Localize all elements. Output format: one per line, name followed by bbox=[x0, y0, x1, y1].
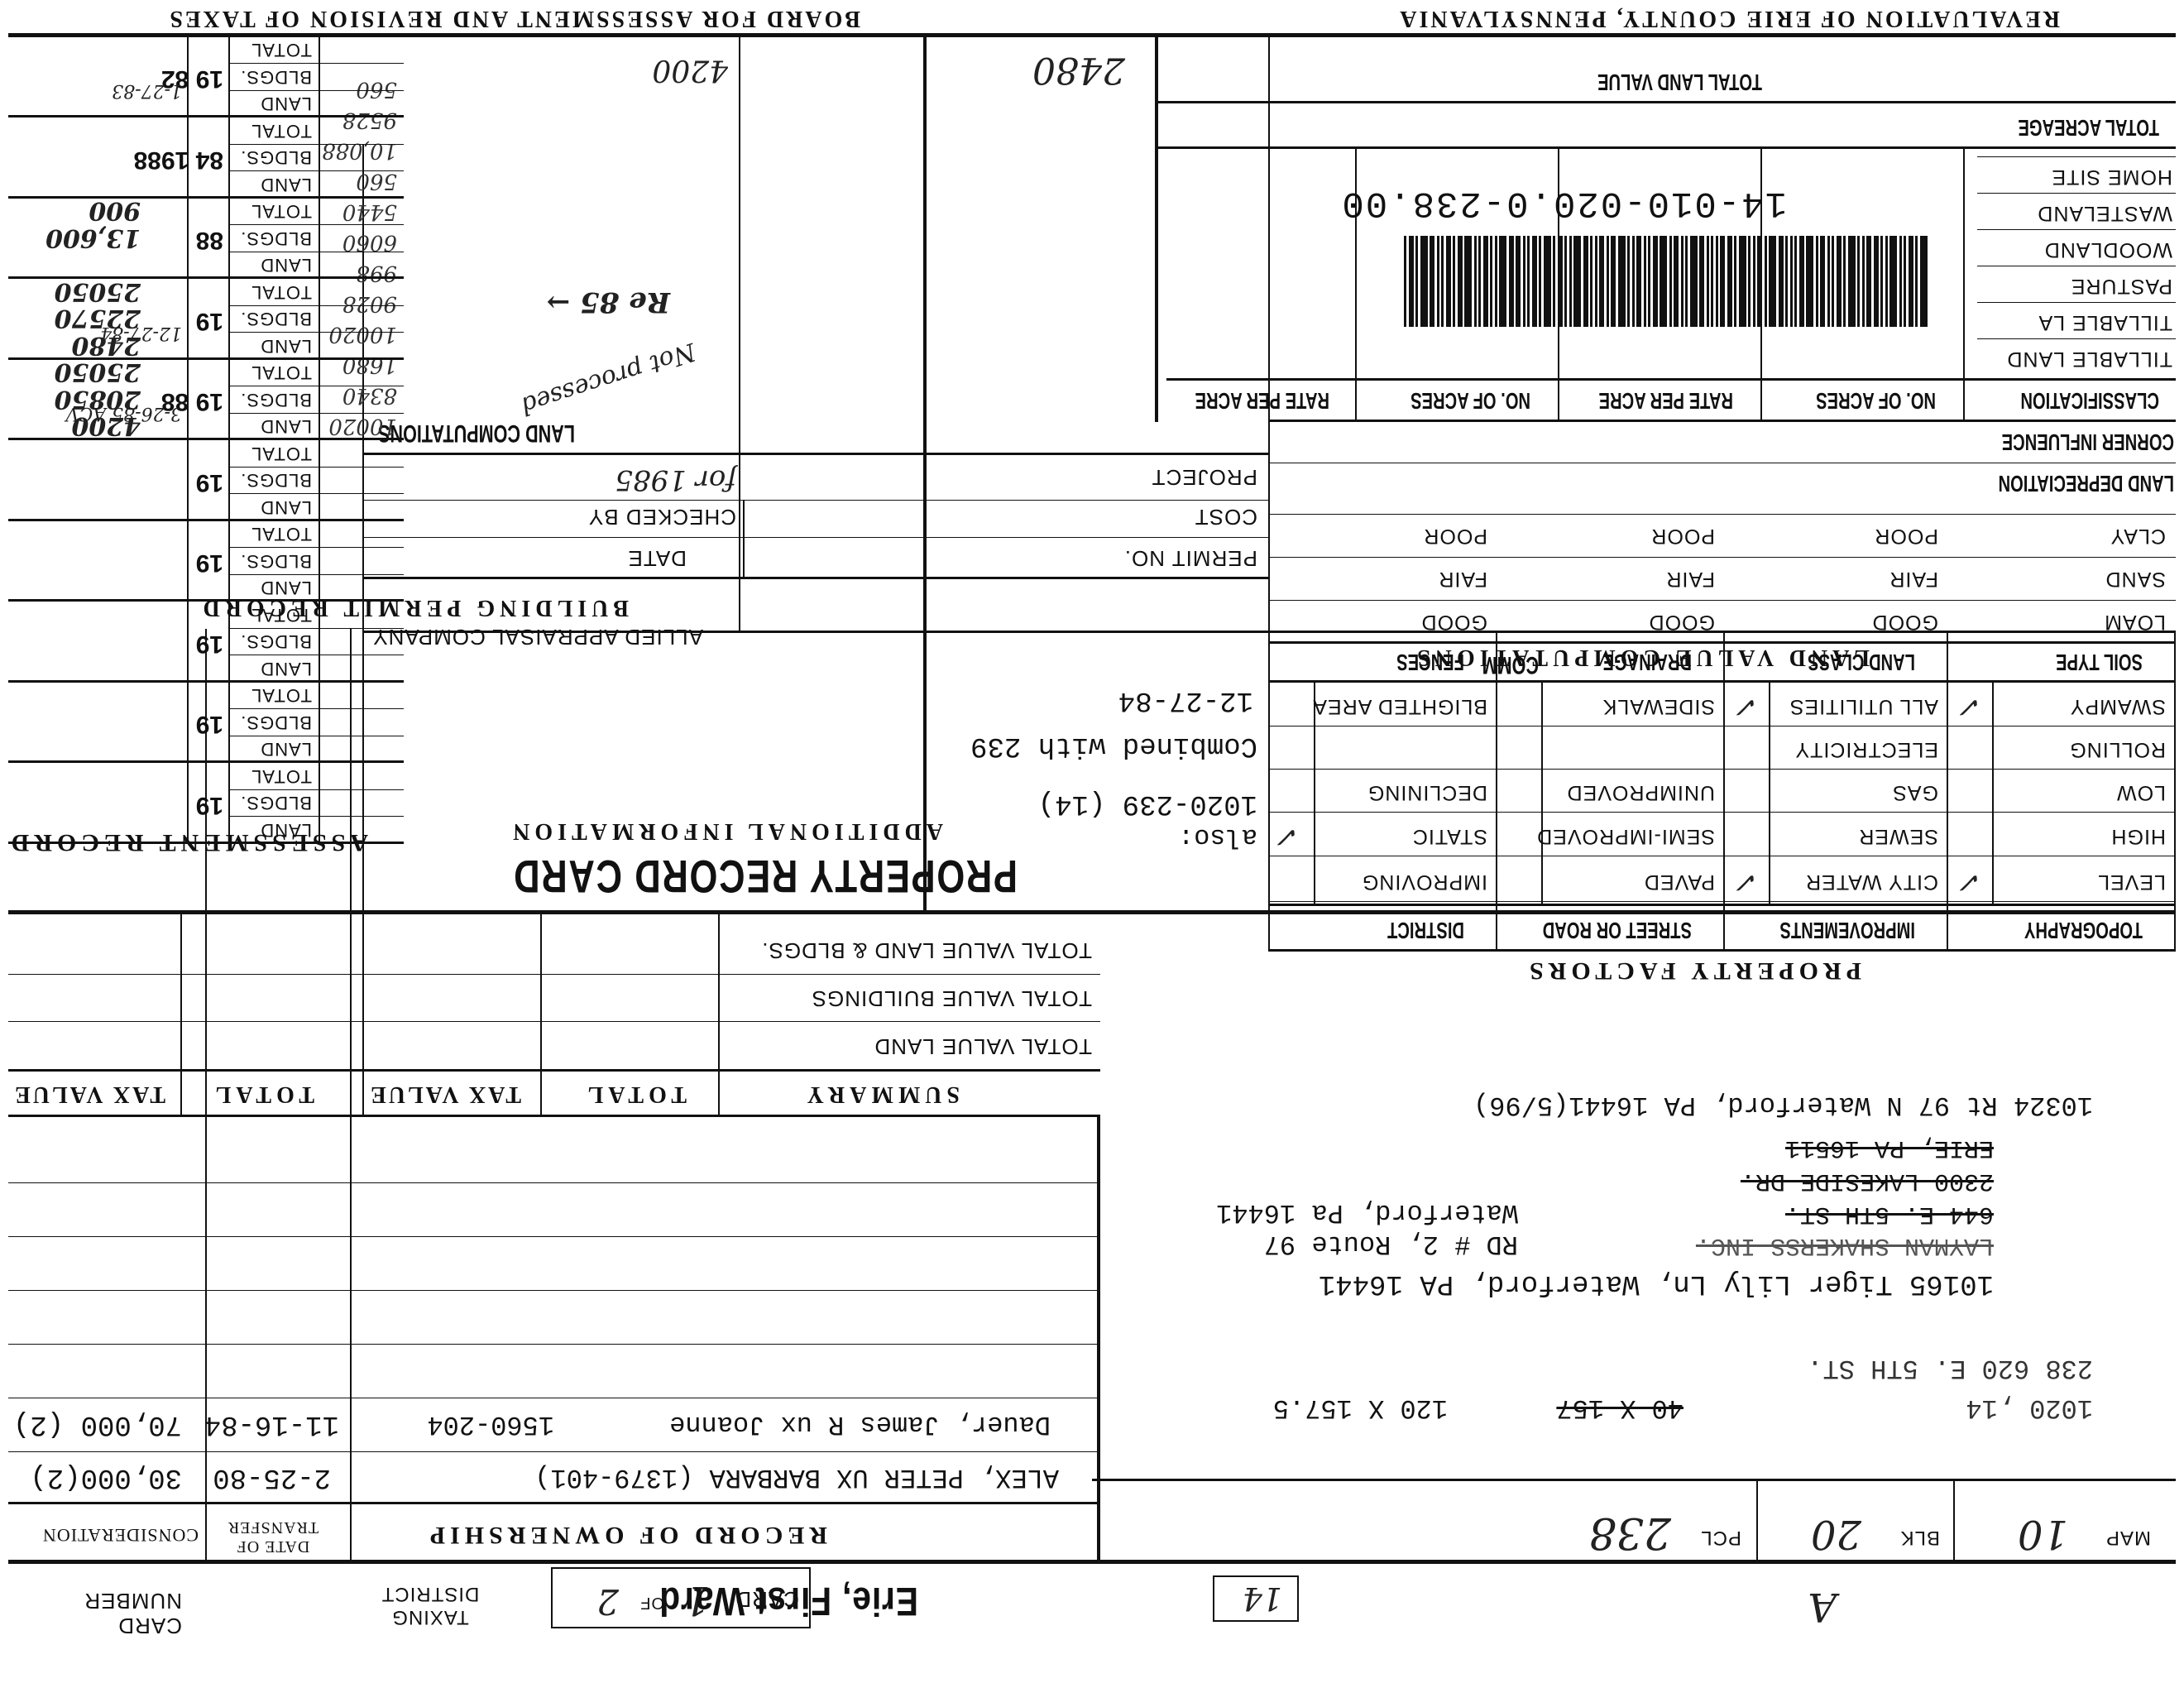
assessment-row-label: LAND bbox=[260, 255, 312, 276]
soil-option: POOR bbox=[1423, 524, 1487, 548]
assessment-row-label: BLDGS. bbox=[240, 147, 312, 169]
divider bbox=[364, 453, 1270, 455]
total-acreage-label: TOTAL ACREAGE bbox=[2018, 114, 2159, 141]
assessment-land-value[interactable]: 2480 bbox=[72, 331, 141, 360]
divider bbox=[8, 277, 404, 280]
summary-title: SUMMARY bbox=[802, 1081, 960, 1107]
soil-option: FAIR bbox=[1665, 567, 1715, 591]
assessment-bldgs-value[interactable]: 20850 bbox=[55, 385, 141, 414]
divider bbox=[364, 577, 1270, 579]
divider bbox=[1977, 193, 2176, 194]
assessment-row-label: LAND bbox=[260, 174, 312, 195]
assessment-row-label: BLDGS. bbox=[240, 793, 312, 814]
property-factor-option: SWAMPY bbox=[2070, 694, 2166, 718]
assessment-row-label: TOTAL bbox=[251, 765, 312, 787]
assessment-total-value[interactable]: 25050 bbox=[55, 277, 141, 306]
divider bbox=[8, 761, 404, 764]
divider bbox=[229, 252, 404, 252]
divider bbox=[229, 171, 404, 172]
divider bbox=[229, 817, 404, 818]
land-computation-value: 9028 bbox=[342, 291, 397, 316]
divider bbox=[8, 439, 404, 441]
land-type-label: HOME SITE bbox=[2051, 165, 2172, 189]
check-mark-icon[interactable]: ✓ bbox=[1960, 866, 1984, 899]
assessment-row-label: BLDGS. bbox=[240, 228, 312, 249]
assessment-year: 84 1988 bbox=[134, 146, 223, 174]
divider bbox=[8, 519, 404, 521]
struck-address-1: 644 E. 5TH ST. bbox=[1785, 1200, 1994, 1228]
struck-owner-name: LAYMAN SHAKERSS INC. bbox=[1696, 1231, 1994, 1259]
divider bbox=[1756, 1481, 1758, 1564]
land-computation-value: 998 bbox=[356, 261, 397, 285]
taxing-district: Erie, First Ward bbox=[659, 1578, 918, 1623]
assessment-row-label: BLDGS. bbox=[240, 631, 312, 653]
former-address-1: 1020 ,14 bbox=[1966, 1393, 2093, 1423]
assessment-bldgs-value[interactable]: 22570 bbox=[55, 305, 141, 333]
summary-total-header: TOTAL bbox=[583, 1081, 687, 1107]
assessment-row-label: LAND bbox=[260, 658, 312, 679]
property-factor-option: SIDEWALK bbox=[1602, 694, 1715, 718]
divider bbox=[8, 1236, 1100, 1237]
divider bbox=[1977, 229, 2176, 230]
land-computation-value: 5440 bbox=[342, 199, 397, 224]
barcode-text: 14-010-020.0-238.00 bbox=[1340, 182, 1787, 223]
stamp-number: 14 bbox=[1243, 1580, 1282, 1617]
land-type-label: TILLABLE LA bbox=[2038, 310, 2172, 334]
divider bbox=[8, 1290, 1100, 1291]
stamp-box: 14 bbox=[1213, 1575, 1299, 1622]
land-type-label: TILLABLE LAND bbox=[2006, 347, 2172, 371]
property-factor-option: DECLINING bbox=[1367, 780, 1487, 804]
divider bbox=[8, 1115, 1100, 1117]
land-computation-value: 560 bbox=[356, 169, 397, 194]
divider bbox=[8, 1182, 1100, 1183]
property-factors-title: PROPERTY FACTORS bbox=[1525, 957, 1861, 985]
total-land-value-alt: 4200 bbox=[652, 53, 728, 87]
assessment-row-label: TOTAL bbox=[251, 685, 312, 707]
initial-mark: A bbox=[1808, 1584, 1837, 1630]
land-computation-value: 560 bbox=[356, 77, 397, 102]
divider bbox=[1977, 338, 2176, 339]
divider bbox=[8, 1344, 1100, 1345]
divider bbox=[8, 910, 2176, 914]
property-factor-option: UNIMPROVED bbox=[1567, 780, 1715, 804]
map-label: MAP bbox=[2105, 1526, 2151, 1549]
divider bbox=[1270, 463, 2176, 463]
pcl-value[interactable]: 238 bbox=[1589, 1508, 1671, 1557]
assessment-bldgs-value[interactable]: 13,600 bbox=[45, 223, 141, 252]
consideration-header: CONSIDERATION bbox=[42, 1524, 199, 1546]
assessment-row-label: BLDGS. bbox=[240, 470, 312, 492]
summary-row-label: TOTAL VALUE LAND bbox=[874, 1033, 1092, 1059]
rt97-address: 10324 Rt 97 N Waterford, PA 16441(5/96) bbox=[1473, 1090, 2093, 1120]
land-value-computations-title: LAND VALUE COMPUTATIONS bbox=[1412, 644, 1870, 670]
assessment-row-label: LAND bbox=[260, 94, 312, 115]
divider bbox=[229, 90, 404, 91]
project-label: PROJECT bbox=[1152, 464, 1257, 490]
divider bbox=[1977, 302, 2176, 303]
divider bbox=[364, 537, 1270, 538]
property-factor-option: ROLLING bbox=[2069, 737, 2166, 761]
divider bbox=[1992, 683, 1994, 906]
no-of-acres-label: NO. OF ACRES bbox=[1816, 387, 1936, 414]
property-factor-option: ELECTRICITY bbox=[1794, 737, 1938, 761]
divider bbox=[229, 333, 404, 333]
assessment-row-label: LAND bbox=[260, 496, 312, 518]
divider bbox=[8, 680, 404, 683]
soil-option: POOR bbox=[1650, 524, 1715, 548]
re85-note: Re 85 → bbox=[547, 285, 670, 319]
assessment-row-label: TOTAL bbox=[251, 604, 312, 626]
divider bbox=[743, 501, 745, 579]
assessment-stamp-date: 1-27-83 bbox=[112, 81, 182, 102]
check-mark-icon[interactable]: ✓ bbox=[1736, 690, 1760, 723]
divider bbox=[8, 33, 2176, 37]
divider bbox=[923, 37, 927, 914]
permit-note: for 1985 bbox=[615, 463, 736, 496]
classification-label: CLASSIFICATION bbox=[2020, 387, 2159, 414]
assessment-year: 19 bbox=[196, 791, 223, 819]
divider bbox=[229, 144, 404, 145]
date-label: DATE bbox=[628, 545, 687, 571]
land-computation-value: 10020 bbox=[328, 322, 397, 347]
soil-option: CLAY bbox=[2110, 524, 2166, 548]
divider bbox=[1963, 149, 1965, 422]
struck-address-2: 2300 LAKESIDE DR. bbox=[1741, 1167, 1994, 1195]
property-factor-header: IMPROVEMENTS bbox=[1779, 917, 1915, 943]
divider bbox=[8, 600, 404, 602]
additional-info-line-1: 1020-239 (14) bbox=[1038, 788, 1257, 819]
divider bbox=[229, 548, 404, 549]
assessment-year: 19 bbox=[196, 711, 223, 739]
land-computation-value: 8340 bbox=[342, 383, 397, 408]
soil-header: SOIL TYPE bbox=[2056, 649, 2143, 675]
divider bbox=[229, 494, 404, 495]
transfer-date: 11-16-84 bbox=[204, 1408, 339, 1440]
soil-option: SAND bbox=[2105, 567, 2166, 591]
property-factor-option: SEMI-IMPROVED bbox=[1536, 824, 1715, 848]
also-label: also: bbox=[1178, 822, 1257, 852]
assessment-row-label: LAND bbox=[260, 819, 312, 841]
blk-label: BLK bbox=[1900, 1526, 1940, 1549]
divider bbox=[364, 500, 1270, 501]
property-factor-header: STREET OR ROAD bbox=[1543, 917, 1692, 943]
assessment-year: 19 bbox=[196, 549, 223, 578]
date-of-transfer-header: DATE OF TRANSFER bbox=[215, 1518, 331, 1556]
land-type-label: PASTURE bbox=[2071, 274, 2172, 298]
divider bbox=[8, 1021, 1100, 1022]
map-value[interactable]: 10 bbox=[2018, 1511, 2068, 1557]
divider bbox=[229, 467, 404, 468]
property-factor-option: ALL UTILITIES bbox=[1789, 694, 1938, 718]
divider bbox=[229, 736, 404, 736]
assessment-row-label: TOTAL bbox=[251, 120, 312, 141]
divider bbox=[229, 655, 404, 656]
divider bbox=[362, 914, 364, 1117]
assessment-row-label: BLDGS. bbox=[240, 66, 312, 88]
land-type-label: WOODLAND bbox=[2044, 237, 2172, 261]
divider bbox=[8, 842, 404, 844]
divider bbox=[180, 914, 182, 1117]
divider bbox=[1158, 146, 2176, 149]
assessment-year: 88 bbox=[196, 227, 223, 255]
divider bbox=[1270, 680, 2176, 683]
divider bbox=[229, 305, 404, 306]
check-mark-icon[interactable]: ✓ bbox=[1277, 820, 1301, 853]
divider bbox=[1314, 683, 1315, 906]
divider bbox=[229, 789, 404, 790]
card-title: PROPERTY RECORD CARD bbox=[513, 850, 1018, 904]
divider bbox=[8, 196, 404, 199]
divider bbox=[1166, 378, 2176, 381]
divider bbox=[1158, 101, 2176, 103]
divider bbox=[318, 37, 320, 844]
divider bbox=[1270, 420, 2176, 422]
rate-per-acre-label: RATE PER ACRE bbox=[1599, 387, 1733, 414]
divider bbox=[228, 37, 230, 844]
board-header: BOARD FOR ASSESSMENT AND REVISION OF TAX… bbox=[167, 5, 860, 31]
additional-info-line-2: Combined with 239 bbox=[970, 730, 1257, 761]
divider bbox=[8, 1561, 1100, 1564]
divider bbox=[8, 1502, 1100, 1504]
assessment-land-value[interactable]: 4200 bbox=[72, 412, 141, 441]
deed-book-page: 1560-204 bbox=[427, 1409, 554, 1440]
former-address-2: 238 620 E. 5TH ST. bbox=[1807, 1353, 2093, 1383]
divider bbox=[229, 574, 404, 575]
divider bbox=[1155, 37, 1158, 422]
waterford-line: Waterford, Pa 16441 bbox=[1216, 1197, 1518, 1228]
divider bbox=[1270, 600, 2176, 601]
property-factor-option: STATIC bbox=[1412, 824, 1487, 848]
divider bbox=[1097, 1117, 1100, 1564]
divider bbox=[8, 1451, 1100, 1452]
property-factor-option: BLIGHTED AREA bbox=[1312, 694, 1487, 718]
property-record-card: CARD NUMBER CARD 1 OF 2 TAXING DISTRICT … bbox=[0, 0, 2184, 1688]
divider bbox=[229, 413, 404, 414]
assessment-total-value[interactable]: 900 bbox=[89, 197, 141, 226]
current-owner-address: 10165 Tiger Lily Ln, Waterford, PA 16441 bbox=[1319, 1268, 1994, 1299]
divider bbox=[1270, 557, 2176, 558]
corner-influence-label: CORNER INFLUENCE bbox=[2002, 429, 2174, 455]
summary-row-label: TOTAL VALUE BUILDINGS bbox=[812, 985, 1092, 1011]
assessment-total-value[interactable]: 25050 bbox=[55, 358, 141, 387]
check-mark-icon[interactable]: ✓ bbox=[1960, 690, 1984, 723]
not-processed-note: Not processed bbox=[517, 337, 699, 420]
property-factor-option: CITY WATER bbox=[1805, 870, 1938, 894]
card-total[interactable]: 2 bbox=[596, 1581, 619, 1622]
assessment-row-label: BLDGS. bbox=[240, 389, 312, 410]
summary-tax-value-header-2: TAX VALUE bbox=[12, 1081, 165, 1107]
assessment-year: 19 bbox=[196, 307, 223, 335]
divider bbox=[1541, 683, 1543, 906]
assessment-year: 19 bbox=[196, 468, 223, 496]
blk-value[interactable]: 20 bbox=[1811, 1511, 1861, 1557]
land-computation-value: 10,088 bbox=[322, 138, 397, 163]
land-computation-value: 10020 bbox=[328, 414, 397, 439]
assessment-row-label: LAND bbox=[260, 578, 312, 599]
divider bbox=[1270, 514, 2176, 515]
dimension-new: 120 X 157.5 bbox=[1273, 1393, 1448, 1423]
pcl-label: PCL bbox=[1700, 1526, 1741, 1549]
soil-option: FAIR bbox=[1889, 567, 1938, 591]
divider bbox=[229, 628, 404, 629]
divider bbox=[8, 357, 404, 360]
assessment-row-label: BLDGS. bbox=[240, 712, 312, 733]
land-computations-title: LAND COMPUTATIONS bbox=[378, 419, 575, 447]
divider bbox=[229, 64, 404, 65]
land-computation-value: 9528 bbox=[342, 108, 397, 132]
land-computation-value: 1680 bbox=[342, 352, 397, 377]
taxing-district-label: TAXING DISTRICT bbox=[372, 1582, 488, 1628]
no-of-acres-label-2: NO. OF ACRES bbox=[1410, 387, 1530, 414]
property-factor-header: TOPOGRAPHY bbox=[2024, 917, 2143, 943]
assessment-row-label: TOTAL bbox=[251, 524, 312, 545]
soil-option: FAIR bbox=[1438, 567, 1487, 591]
additional-info-title: ADDITIONAL INFORMATION bbox=[508, 818, 943, 844]
divider bbox=[229, 709, 404, 710]
divider bbox=[350, 629, 352, 1564]
divider bbox=[8, 1069, 1100, 1072]
summary-tax-value-header: TAX VALUE bbox=[368, 1081, 521, 1107]
card-number-label: CARD NUMBER bbox=[91, 1589, 182, 1638]
divider bbox=[718, 914, 720, 1117]
assessment-row-label: TOTAL bbox=[251, 362, 312, 384]
assessment-year: 19 bbox=[196, 630, 223, 658]
assessment-row-label: TOTAL bbox=[251, 201, 312, 223]
total-land-value-label: TOTAL LAND VALUE bbox=[1597, 69, 1762, 95]
divider bbox=[8, 116, 404, 118]
soil-option: POOR bbox=[1874, 524, 1938, 548]
assessment-row-label: BLDGS. bbox=[240, 309, 312, 330]
land-type-label: WASTELAND bbox=[2037, 201, 2172, 225]
owner-name: Dauer, James R ux Joanne bbox=[669, 1409, 1051, 1440]
dimension-old: 40 X 157 bbox=[1556, 1393, 1683, 1423]
revaluation-header: REVALUATION OF ERIE COUNTY, PENNSYLVANIA bbox=[1397, 5, 2060, 31]
ownership-title: RECORD OF OWNERSHIP bbox=[425, 1521, 827, 1549]
property-factor-option: LOW bbox=[2116, 780, 2166, 804]
assessment-row-label: TOTAL bbox=[251, 443, 312, 464]
transfer-date: 2-25-80 bbox=[213, 1461, 331, 1493]
check-mark-icon[interactable]: ✓ bbox=[1736, 866, 1760, 899]
assessment-row-label: LAND bbox=[260, 335, 312, 357]
property-factor-option: PAVED bbox=[1644, 870, 1715, 894]
property-factor-option: LEVEL bbox=[2097, 870, 2166, 894]
permit-no-label: PERMIT NO. bbox=[1124, 545, 1257, 571]
divider bbox=[229, 225, 404, 226]
property-factor-option: IMPROVING bbox=[1362, 870, 1487, 894]
cost-label: COST bbox=[1195, 504, 1257, 530]
divider bbox=[540, 914, 542, 1117]
assessment-row-label: LAND bbox=[260, 416, 312, 438]
consideration: 30,000(2) bbox=[30, 1461, 182, 1493]
assessment-row-label: TOTAL bbox=[251, 40, 312, 61]
additional-info-line-3: 12-27-84 bbox=[1118, 684, 1253, 716]
divider bbox=[1953, 1481, 1955, 1564]
land-depreciation-label: LAND DEPRECIATION bbox=[1999, 470, 2174, 496]
divider bbox=[1977, 156, 2176, 157]
divider bbox=[1092, 1479, 2176, 1481]
property-factor-option: GAS bbox=[1892, 780, 1938, 804]
parcel-barcode bbox=[1266, 236, 1928, 327]
property-factor-header: DISTRICT bbox=[1387, 917, 1464, 943]
divider bbox=[8, 974, 1100, 975]
total-land-value: 2480 bbox=[1032, 49, 1125, 91]
owner-name: ALEX, PETER UX BARBARA (1379-401) bbox=[534, 1462, 1059, 1493]
rate-per-acre-label-2: RATE PER ACRE bbox=[1195, 387, 1329, 414]
divider bbox=[1769, 683, 1770, 906]
divider bbox=[739, 37, 740, 633]
checked-by-label: CHECKED BY bbox=[588, 504, 736, 530]
assessment-row-label: LAND bbox=[260, 739, 312, 760]
summary-row-label: TOTAL VALUE LAND & BLDGS. bbox=[761, 938, 1092, 963]
assessment-row-label: BLDGS. bbox=[240, 550, 312, 572]
property-factor-option: SEWER bbox=[1858, 824, 1938, 848]
divider bbox=[1270, 631, 2176, 633]
assessment-row-label: TOTAL bbox=[251, 281, 312, 303]
rd-route-line: RD # 2, Route 97 bbox=[1264, 1229, 1518, 1259]
property-factor-option: HIGH bbox=[2111, 824, 2167, 848]
consideration: 70,000 (2) bbox=[13, 1408, 182, 1440]
divider bbox=[1977, 266, 2176, 266]
appraisal-company: ALLIED APPRAISAL COMPANY bbox=[372, 624, 703, 650]
divider bbox=[364, 631, 1270, 633]
divider bbox=[8, 1398, 1100, 1398]
summary-total-header-2: TOTAL bbox=[211, 1081, 314, 1107]
struck-address-3: ERIE, PA 16511 bbox=[1785, 1134, 1994, 1162]
divider bbox=[229, 386, 404, 387]
